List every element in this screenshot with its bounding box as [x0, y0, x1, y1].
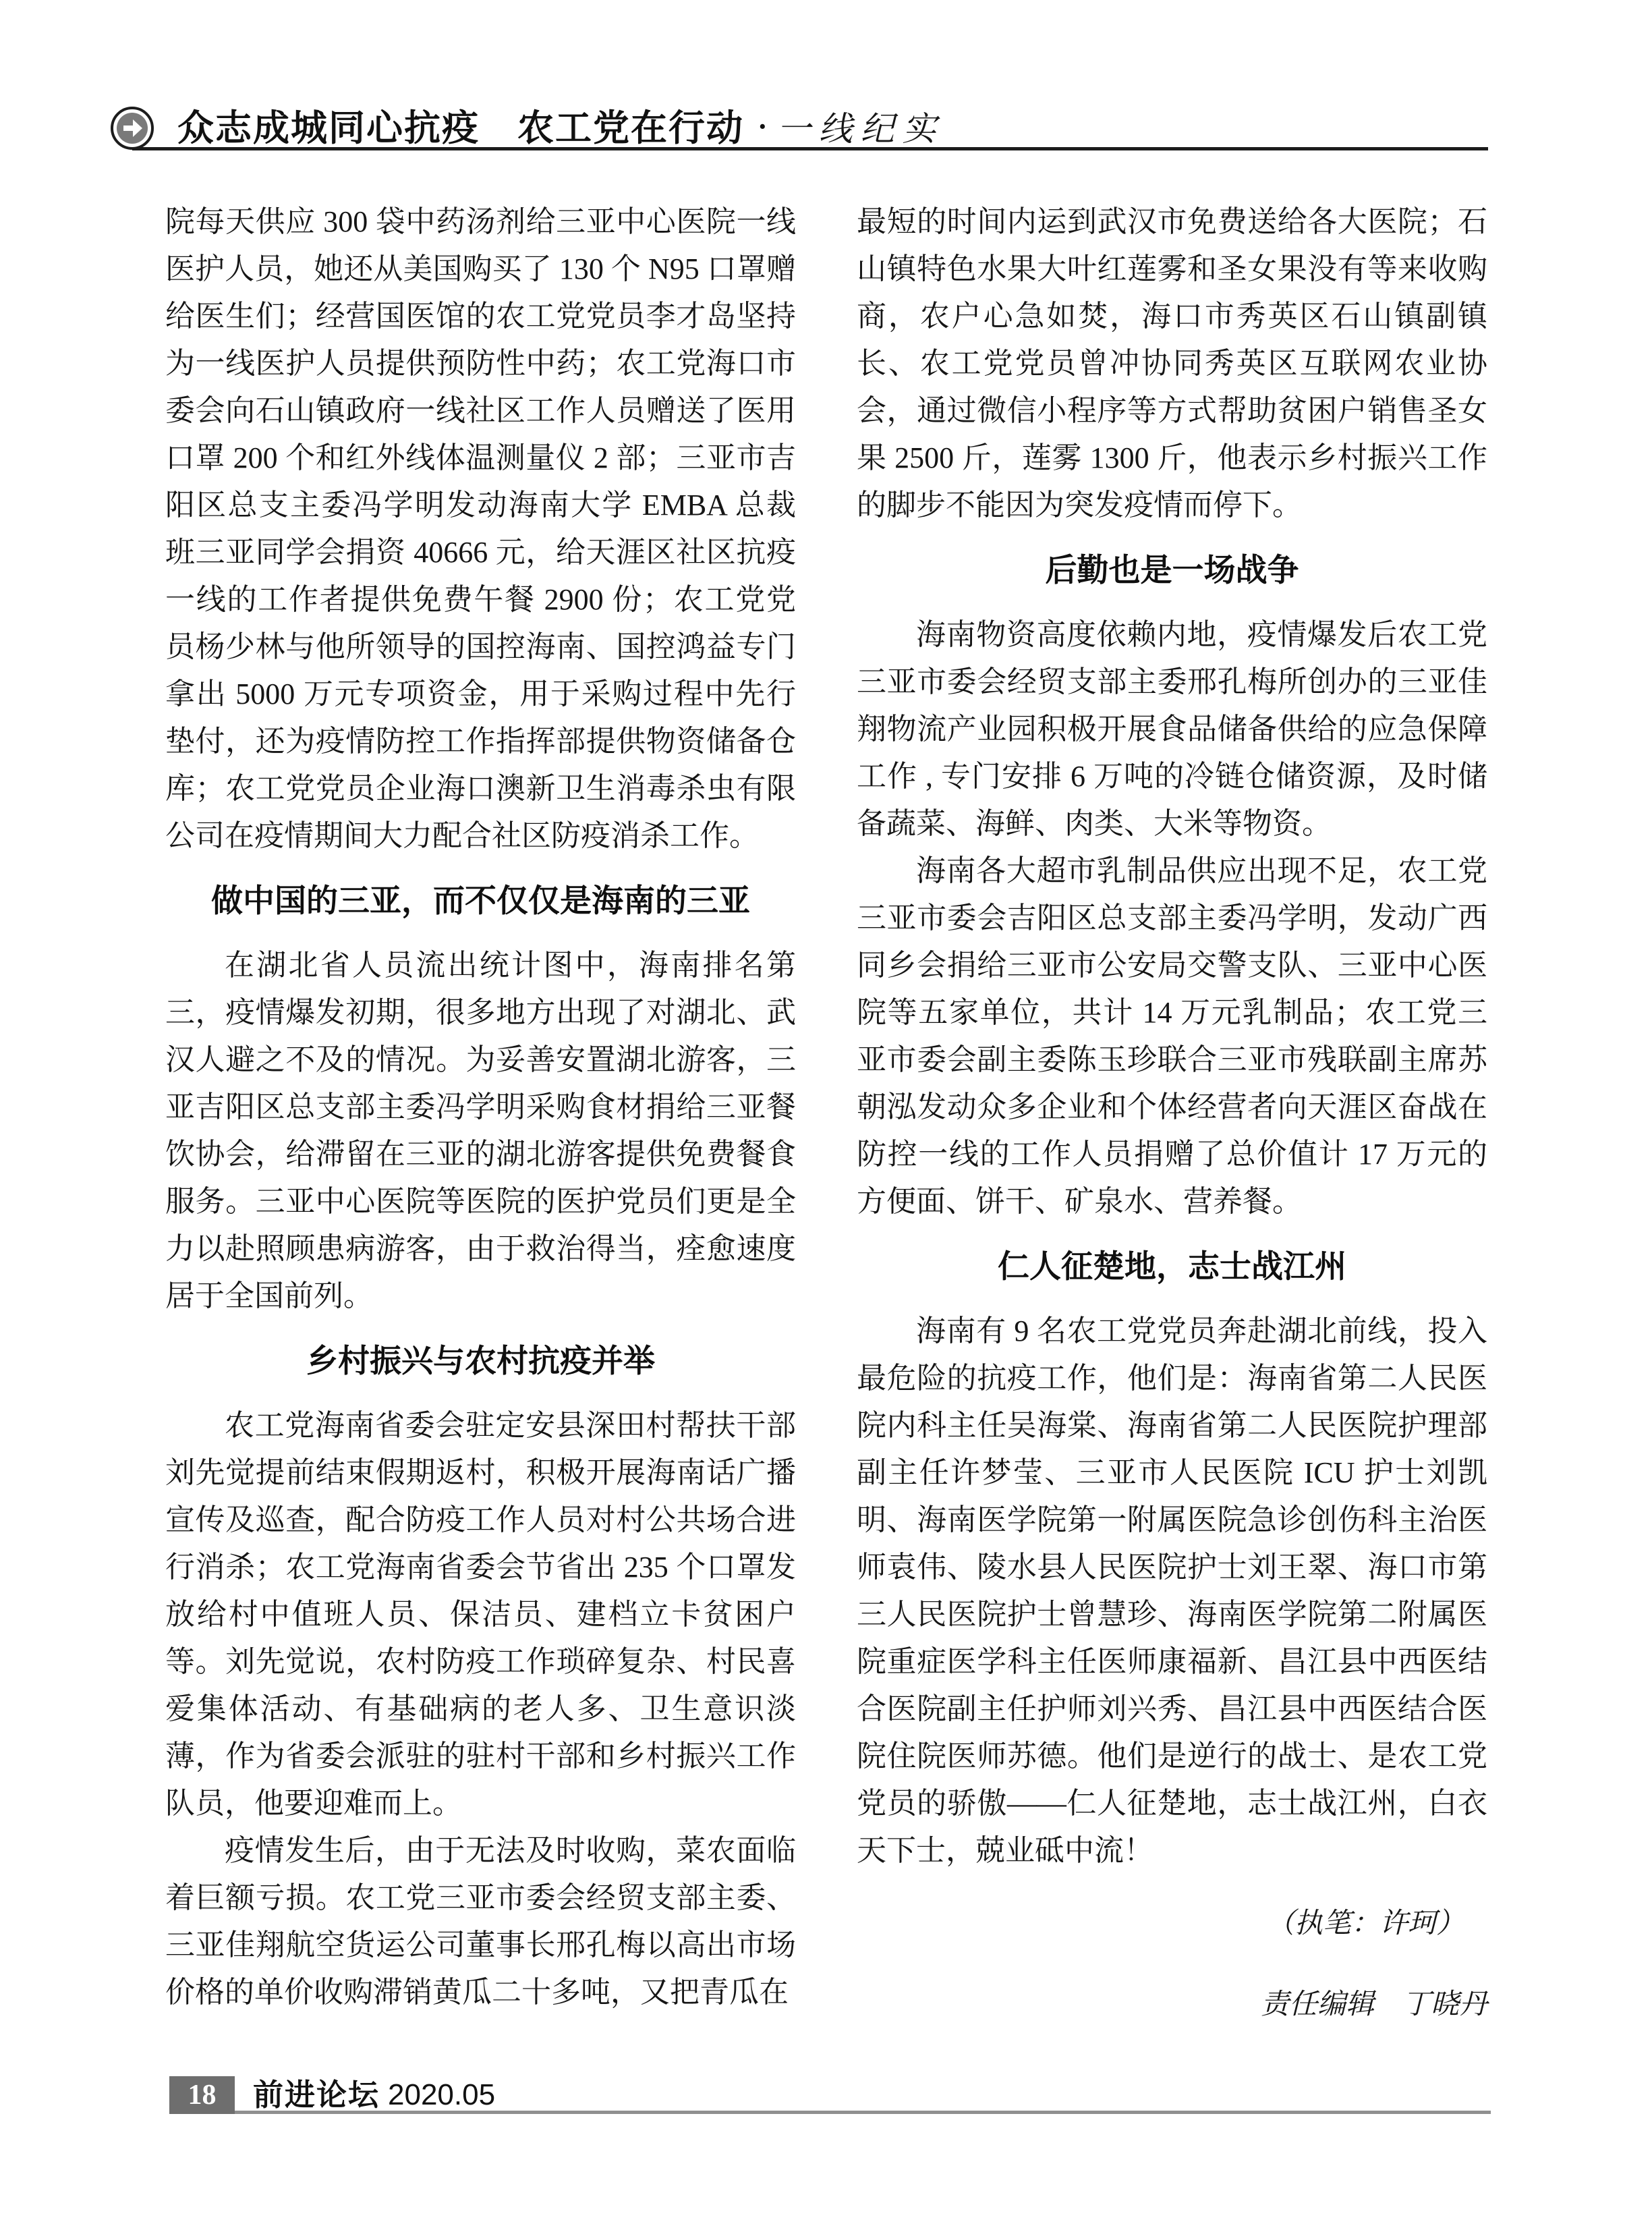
- paragraph: 最短的时间内运到武汉市免费送给各大医院；石山镇特色水果大叶红莲雾和圣女果没有等来…: [857, 198, 1487, 529]
- section-heading: 后勤也是一场战争: [857, 547, 1487, 594]
- page-number-badge: 18: [169, 2076, 235, 2114]
- column-left: 院每天供应 300 袋中药汤剂给三亚中心医院一线医护人员，她还从美国购买了 13…: [165, 198, 796, 2016]
- footer-rule: [235, 2111, 1491, 2114]
- byline: （执笔：许珂）: [857, 1900, 1487, 1947]
- page-title-subtitle: 一线纪实: [777, 110, 944, 148]
- paragraph: 海南各大超市乳制品供应出现不足，农工党三亚市委会吉阳区总支部主委冯学明，发动广西…: [857, 847, 1487, 1225]
- paragraph: 农工党海南省委会驻定安县深田村帮扶干部刘先觉提前结束假期返村，积极开展海南话广播…: [165, 1402, 796, 1827]
- page-title: 众志成城同心抗疫 农工党在行动·一线纪实: [177, 107, 944, 158]
- paragraph: 在湖北省人员流出统计图中，海南排名第三，疫情爆发初期，很多地方出现了对湖北、武汉…: [165, 942, 796, 1320]
- title-separator: ·: [758, 107, 768, 147]
- page-title-main: 众志成城同心抗疫 农工党在行动: [177, 108, 744, 148]
- column-right: 最短的时间内运到武汉市免费送给各大医院；石山镇特色水果大叶红莲雾和圣女果没有等来…: [857, 198, 1487, 2028]
- paragraph: 院每天供应 300 袋中药汤剂给三亚中心医院一线医护人员，她还从美国购买了 13…: [165, 198, 796, 860]
- magazine-page: 众志成城同心抗疫 农工党在行动·一线纪实 院每天供应 300 袋中药汤剂给三亚中…: [0, 0, 1652, 2226]
- section-heading: 仁人征楚地，志士战江州: [857, 1243, 1487, 1290]
- arrow-right-circle-icon: [110, 106, 154, 150]
- section-heading: 做中国的三亚，而不仅仅是海南的三亚: [165, 877, 796, 924]
- paragraph: 海南有 9 名农工党党员奔赴湖北前线，投入最危险的抗疫工作，他们是：海南省第二人…: [857, 1308, 1487, 1874]
- section-heading: 乡村振兴与农村抗疫并举: [165, 1337, 796, 1385]
- paragraph: 疫情发生后，由于无法及时收购，菜农面临着巨额亏损。农工党三亚市委会经贸支部主委、…: [165, 1827, 796, 2016]
- issue-number: 2020.05: [388, 2076, 495, 2114]
- journal-title: 前进论坛: [253, 2076, 380, 2114]
- editor-credit: 责任编辑 丁晓丹: [857, 1981, 1487, 2028]
- paragraph: 海南物资高度依赖内地，疫情爆发后农工党三亚市委会经贸支部主委邢孔梅所创办的三亚佳…: [857, 611, 1487, 847]
